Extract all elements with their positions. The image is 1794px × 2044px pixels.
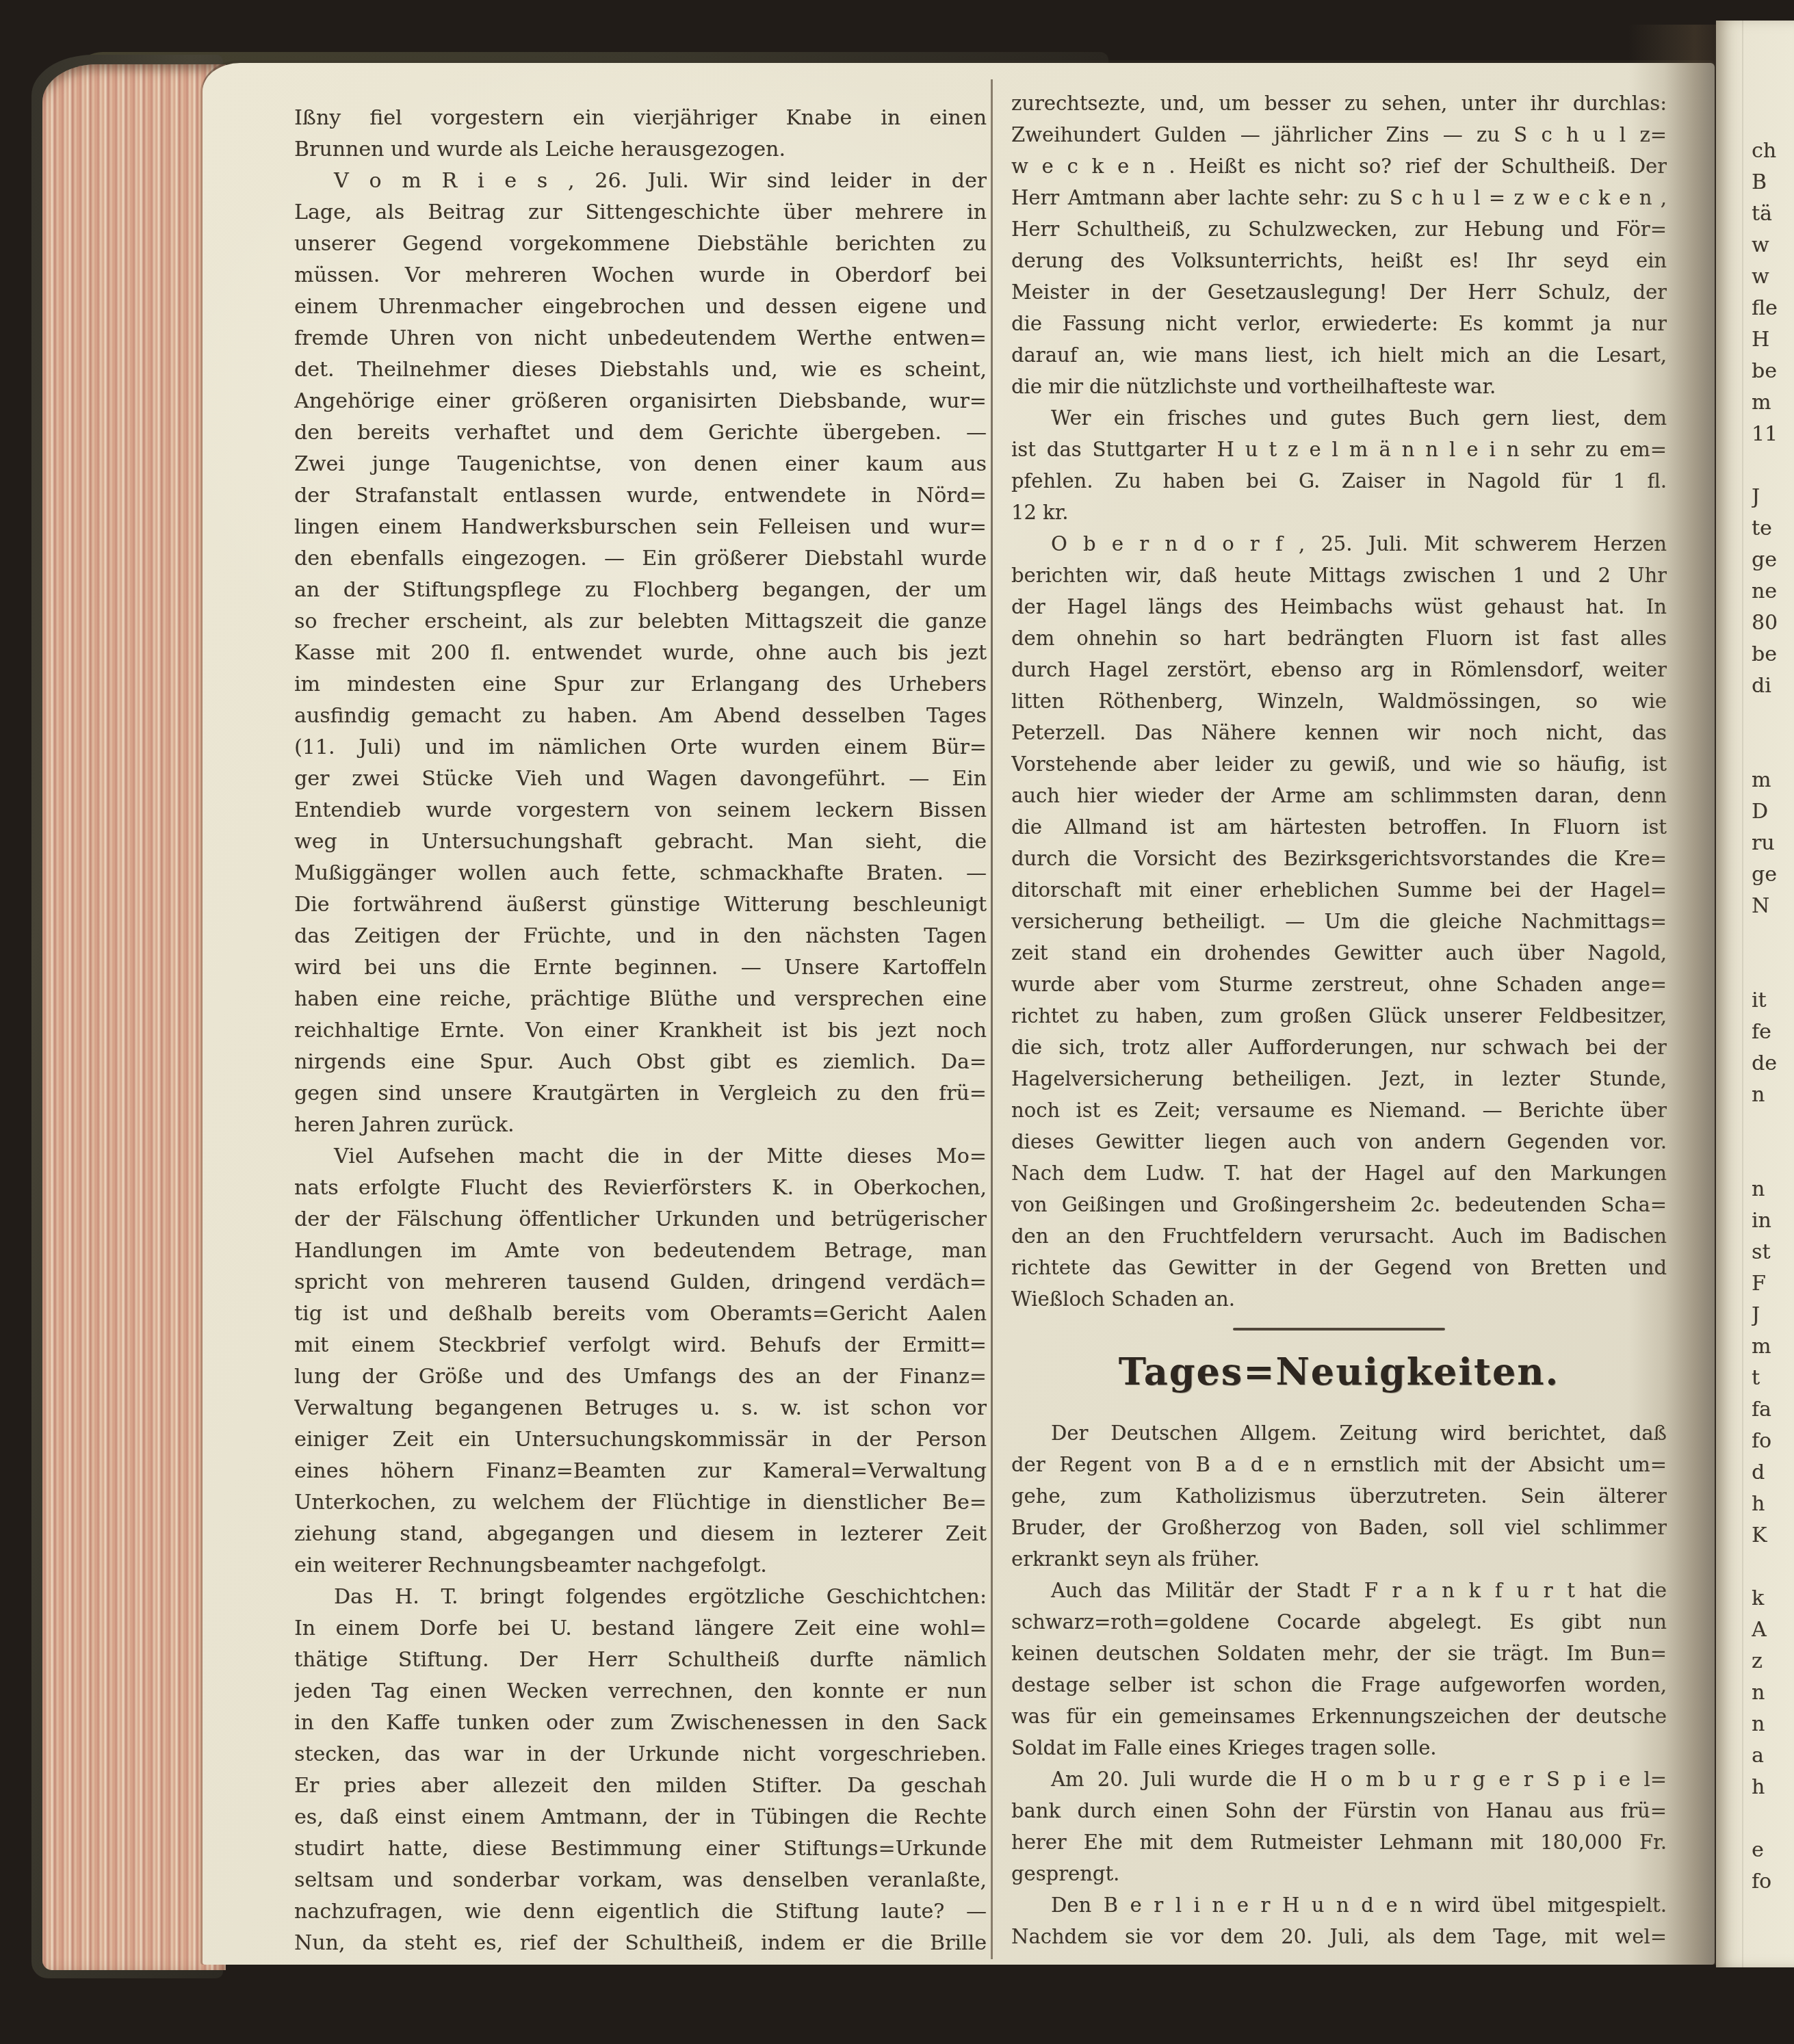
text-line: der der Fälschung öffentlicher Urkunden … [294, 1204, 987, 1235]
text-fragment [1752, 450, 1794, 482]
text-line: seltsam und sonderbar vorkam, was densel… [294, 1865, 987, 1896]
text-line: müssen. Vor mehreren Wochen wurde in Obe… [294, 260, 987, 291]
text-fragment [1752, 1803, 1794, 1835]
text-fragment [1752, 922, 1794, 954]
text-line: der Hagel längs des Heimbachs wüst gehau… [1011, 591, 1667, 623]
text-line: Unterkochen, zu welchem der Flüchtige in… [294, 1487, 987, 1519]
text-line: durch Hagel zerstört, ebenso arg in Röml… [1011, 654, 1667, 685]
text-line: Nachdem sie vor dem 20. Juli, als dem Ta… [1011, 1921, 1667, 1952]
text-line: Der Deutschen Allgem. Zeitung wird beric… [1011, 1417, 1667, 1449]
text-fragment: a [1752, 1740, 1794, 1772]
text-line: gesprengt. [1011, 1858, 1667, 1889]
text-line: spricht von mehreren tausend Gulden, dri… [294, 1267, 987, 1298]
text-fragment [1752, 1551, 1794, 1583]
right-column-bottom: Der Deutschen Allgem. Zeitung wird beric… [1011, 1417, 1667, 1952]
text-line: berichten wir, daß heute Mittags zwische… [1011, 560, 1667, 591]
text-fragment: 80 [1752, 607, 1794, 639]
text-line: tig ist und deßhalb bereits vom Oberamts… [294, 1298, 987, 1330]
text-fragment: be [1752, 356, 1794, 387]
text-line: Den B e r l i n e r H u n d e n wird übe… [1011, 1889, 1667, 1921]
text-line: Am 20. Juli wurde die H o m b u r g e r … [1011, 1764, 1667, 1795]
text-line: Wießloch Schaden an. [1011, 1283, 1667, 1315]
text-line: gegen sind unsere Krautgärten in Verglei… [294, 1078, 987, 1110]
text-line: Nun, da steht es, rief der Schultheiß, i… [294, 1928, 987, 1959]
text-line: dieses Gewitter liegen auch von andern G… [1011, 1126, 1667, 1157]
text-fragment: ne [1752, 576, 1794, 607]
text-line: Angehörige einer größeren organisirten D… [294, 386, 987, 417]
text-fragment: ch [1752, 135, 1794, 167]
text-line: Ißny fiel vorgestern ein vierjähriger Kn… [294, 103, 987, 134]
text-line: V o m R i e s , 26. Juli. Wir sind leide… [294, 166, 987, 197]
text-fragment: z [1752, 1646, 1794, 1677]
text-line: ger zwei Stücke Vieh und Wagen davongefü… [294, 763, 987, 795]
text-fragment: ge [1752, 545, 1794, 576]
text-line: jeden Tag einen Wecken verrechnen, den k… [294, 1676, 987, 1707]
text-line: Nach dem Ludw. T. hat der Hagel auf den … [1011, 1157, 1667, 1189]
text-line: In einem Dorfe bei U. bestand längere Ze… [294, 1613, 987, 1645]
text-line: thätige Stiftung. Der Herr Schultheiß du… [294, 1645, 987, 1676]
text-line: fremde Uhren von nicht unbedeutendem Wer… [294, 323, 987, 354]
text-line: studirt hatte, diese Bestimmung einer St… [294, 1833, 987, 1865]
text-line: reichhaltige Ernte. Von einer Krankheit … [294, 1015, 987, 1047]
text-line: O b e r n d o r f , 25. Juli. Mit schwer… [1011, 528, 1667, 560]
text-line: der Strafanstalt entlassen wurde, entwen… [294, 480, 987, 512]
text-line: Soldat im Falle eines Krieges tragen sol… [1011, 1732, 1667, 1764]
text-line: richtete das Gewitter in der Gegend von … [1011, 1252, 1667, 1283]
text-line: die Fassung nicht verlor, erwiederte: Es… [1011, 308, 1667, 339]
text-line: ist das Stuttgarter H u t z e l m ä n n … [1011, 434, 1667, 465]
text-line: haben eine reiche, prächtige Blüthe und … [294, 984, 987, 1015]
text-line: (11. Juli) und im nämlichen Orte wurden … [294, 732, 987, 763]
text-fragment: t [1752, 1363, 1794, 1394]
text-line: dem ohnehin so hart bedrängten Fluorn is… [1011, 623, 1667, 654]
text-line: an der Stiftungspflege zu Flochberg bega… [294, 575, 987, 606]
text-fragment: st [1752, 1237, 1794, 1268]
text-fragment: A [1752, 1614, 1794, 1646]
text-fragment [1752, 1111, 1794, 1142]
text-line: stecken, das war in der Urkunde nicht vo… [294, 1739, 987, 1770]
text-line: Zwei junge Taugenichtse, von denen einer… [294, 449, 987, 480]
text-line: eines höhern Finanz=Beamten zur Kameral=… [294, 1456, 987, 1487]
text-line: noch ist es Zeit; versaume es Niemand. —… [1011, 1095, 1667, 1126]
text-line: ditorschaft mit einer erheblichen Summe … [1011, 874, 1667, 906]
text-fragment: 11 [1752, 419, 1794, 450]
text-fragment: fle [1752, 293, 1794, 324]
text-line: auch hier wieder der Arme am schlimmsten… [1011, 780, 1667, 811]
text-line: Das H. T. bringt folgendes ergötzliche G… [294, 1582, 987, 1613]
text-line: w e c k e n . Heißt es nicht so? rief de… [1011, 150, 1667, 182]
section-heading-block: Tages=Neuigkeiten. [1011, 1320, 1667, 1392]
text-line: Er pries aber allezeit den milden Stifte… [294, 1770, 987, 1802]
text-line: erkrankt seyn als früher. [1011, 1543, 1667, 1575]
text-fragment: H [1752, 324, 1794, 356]
text-line: Lage, als Beitrag zur Sittengeschichte ü… [294, 197, 987, 228]
text-line: Auch das Militär der Stadt F r a n k f u… [1011, 1575, 1667, 1606]
text-fragment: w [1752, 261, 1794, 293]
text-line: Handlungen im Amte von bedeutendem Betra… [294, 1235, 987, 1267]
book-gutter-shadow [1628, 25, 1717, 1965]
text-line: die mir die nützlichste und vortheilhaft… [1011, 371, 1667, 402]
text-line: zeit stand ein drohendes Gewitter auch ü… [1011, 937, 1667, 969]
text-fragment: it [1752, 985, 1794, 1017]
text-line: Zweihundert Gulden — jährlicher Zins — z… [1011, 119, 1667, 150]
text-fragment: n [1752, 1079, 1794, 1111]
text-line: mit einem Steckbrief verfolgt wird. Behu… [294, 1330, 987, 1361]
page-stack-fore-edge [42, 64, 226, 1970]
text-line: der Regent von B a d e n ernstlich mit d… [1011, 1449, 1667, 1480]
text-fragment [1752, 733, 1794, 765]
text-line: so frecher erscheint, als zur belebten M… [294, 606, 987, 638]
text-fragment [1752, 702, 1794, 733]
text-line: destage selber ist schon die Frage aufge… [1011, 1669, 1667, 1701]
text-line: Herr Schultheiß, zu Schulzwecken, zur He… [1011, 213, 1667, 245]
text-line: 12 kr. [1011, 497, 1667, 528]
next-page-sliver: chBtäwwfleHbem11 Jtegene80bedi mDrugeN i… [1716, 21, 1794, 1967]
text-line: Mußiggänger wollen auch fette, schmackha… [294, 858, 987, 889]
text-line: in den Kaffe tunken oder zum Zwischeness… [294, 1707, 987, 1739]
left-column: Ißny fiel vorgestern ein vierjähriger Kn… [294, 103, 987, 1959]
text-line: Entendieb wurde vorgestern von seinem le… [294, 795, 987, 826]
text-line: was für ein gemeinsames Erkennungszeiche… [1011, 1701, 1667, 1732]
text-line: den bereits verhaftet und dem Gerichte ü… [294, 417, 987, 449]
text-line: Verwaltung begangenen Betruges u. s. w. … [294, 1393, 987, 1424]
next-page-text-fragments: chBtäwwfleHbem11 Jtegene80bedi mDrugeN i… [1752, 21, 1794, 1898]
text-line: darauf an, wie mans liest, ich hielt mic… [1011, 339, 1667, 371]
text-fragment: d [1752, 1457, 1794, 1489]
text-line: es, daß einst einem Amtmann, der in Tübi… [294, 1802, 987, 1833]
text-line: heren Jahren zurück. [294, 1110, 987, 1141]
text-line: versicherung betheiligt. — Um die gleich… [1011, 906, 1667, 937]
text-line: Herr Amtmann aber lachte sehr: zu S c h … [1011, 182, 1667, 213]
text-line: zurechtsezte, und, um besser zu sehen, u… [1011, 88, 1667, 119]
text-fragment: J [1752, 482, 1794, 513]
text-line: Vorstehende aber leider zu gewiß, und wi… [1011, 748, 1667, 780]
text-line: den ebenfalls eingezogen. — Ein größerer… [294, 543, 987, 575]
text-line: ziehung stand, abgegangen und diesem in … [294, 1519, 987, 1550]
text-line: det. Theilnehmer dieses Diebstahls und, … [294, 354, 987, 386]
text-line: einiger Zeit ein Untersuchungskommissär … [294, 1424, 987, 1456]
text-fragment: m [1752, 765, 1794, 796]
text-line: nachzufragen, wie denn eigentlich die St… [294, 1896, 987, 1928]
section-divider-rule [1233, 1328, 1445, 1331]
text-fragment: m [1752, 387, 1794, 419]
text-fragment: fo [1752, 1866, 1794, 1898]
text-fragment: in [1752, 1205, 1794, 1237]
text-line: pfehlen. Zu haben bei G. Zaiser in Nagol… [1011, 465, 1667, 497]
text-fragment: fa [1752, 1394, 1794, 1426]
text-line: wird bei uns die Ernte beginnen. — Unser… [294, 952, 987, 984]
text-line: Kasse mit 200 fl. entwendet wurde, ohne … [294, 638, 987, 669]
text-fragment: be [1752, 639, 1794, 670]
text-fragment: tä [1752, 198, 1794, 230]
section-heading: Tages=Neuigkeiten. [1011, 1351, 1667, 1392]
text-line: Wer ein frisches und gutes Buch gern lie… [1011, 402, 1667, 434]
text-line: schwarz=roth=goldene Cocarde abgelegt. E… [1011, 1606, 1667, 1638]
text-line: bank durch einen Sohn der Fürstin von Ha… [1011, 1795, 1667, 1826]
text-fragment: di [1752, 670, 1794, 702]
text-fragment [1752, 954, 1794, 985]
text-fragment: D [1752, 796, 1794, 828]
text-fragment: te [1752, 513, 1794, 545]
text-line: Hagelversicherung betheiligen. Jezt, in … [1011, 1063, 1667, 1095]
text-line: weg in Untersuchungshaft gebracht. Man s… [294, 826, 987, 858]
text-fragment: fo [1752, 1426, 1794, 1457]
text-line: Bruder, der Großherzog von Baden, soll v… [1011, 1512, 1667, 1543]
text-fragment: e [1752, 1835, 1794, 1866]
text-fragment [1752, 1142, 1794, 1174]
text-line: Peterzell. Das Nähere kennen wir noch ni… [1011, 717, 1667, 748]
text-fragment: J [1752, 1300, 1794, 1331]
text-fragment: F [1752, 1268, 1794, 1300]
text-line: herer Ehe mit dem Rutmeister Lehmann mit… [1011, 1826, 1667, 1858]
text-line: gehe, zum Katholizismus überzutreten. Se… [1011, 1480, 1667, 1512]
text-line: Meister in der Gesetzauslegung! Der Herr… [1011, 276, 1667, 308]
text-line: durch die Vorsicht des Bezirksgerichtsvo… [1011, 843, 1667, 874]
text-line: ein weiterer Rechnungsbeamter nachgefolg… [294, 1550, 987, 1582]
text-line: litten Röthenberg, Winzeln, Waldmössinge… [1011, 685, 1667, 717]
column-divider-rule [991, 79, 993, 1959]
text-line: ausfindig gemacht zu haben. Am Abend des… [294, 700, 987, 732]
text-fragment: h [1752, 1489, 1794, 1520]
text-fragment: h [1752, 1772, 1794, 1803]
text-line: den an den Fruchtfeldern verursacht. Auc… [1011, 1220, 1667, 1252]
text-line: nirgends eine Spur. Auch Obst gibt es zi… [294, 1047, 987, 1078]
text-line: lingen einem Handwerksburschen sein Fell… [294, 512, 987, 543]
text-line: die Allmand ist am härtesten betroffen. … [1011, 811, 1667, 843]
text-fragment: ge [1752, 859, 1794, 891]
text-fragment: N [1752, 891, 1794, 922]
text-fragment: w [1752, 230, 1794, 261]
text-fragment: m [1752, 1331, 1794, 1363]
text-line: unserer Gegend vorgekommene Diebstähle b… [294, 228, 987, 260]
text-line: derung des Volksunterrichts, heißt es! I… [1011, 245, 1667, 276]
text-fragment: n [1752, 1709, 1794, 1740]
text-fragment: K [1752, 1520, 1794, 1551]
text-line: Brunnen und wurde als Leiche herausgezog… [294, 134, 987, 166]
text-fragment: ru [1752, 828, 1794, 859]
text-line: wurde aber vom Sturme zerstreut, ohne Sc… [1011, 969, 1667, 1000]
right-column-top: zurechtsezte, und, um besser zu sehen, u… [1011, 88, 1667, 1315]
text-line: lung der Größe und des Umfangs des an de… [294, 1361, 987, 1393]
text-line: das Zeitigen der Früchte, und in den näc… [294, 921, 987, 952]
text-line: nats erfolgte Flucht des Revierförsters … [294, 1172, 987, 1204]
text-fragment: de [1752, 1048, 1794, 1079]
newspaper-page: Ißny fiel vorgestern ein vierjähriger Kn… [203, 63, 1715, 1965]
text-line: im mindesten eine Spur zur Erlangang des… [294, 669, 987, 700]
text-line: die sich, trotz aller Aufforderungen, nu… [1011, 1032, 1667, 1063]
text-fragment: B [1752, 167, 1794, 198]
text-line: von Geißingen und Großingersheim 2c. bed… [1011, 1189, 1667, 1220]
text-line: Viel Aufsehen macht die in der Mitte die… [294, 1141, 987, 1172]
text-line: einem Uhrenmacher eingebrochen und desse… [294, 291, 987, 323]
text-line: keinen deutschen Soldaten mehr, der sie … [1011, 1638, 1667, 1669]
text-fragment: n [1752, 1174, 1794, 1205]
text-line: richtet zu haben, zum großen Glück unser… [1011, 1000, 1667, 1032]
text-line: Die fortwährend äußerst günstige Witteru… [294, 889, 987, 921]
text-fragment: fe [1752, 1017, 1794, 1048]
text-fragment: n [1752, 1677, 1794, 1709]
text-fragment: k [1752, 1583, 1794, 1614]
